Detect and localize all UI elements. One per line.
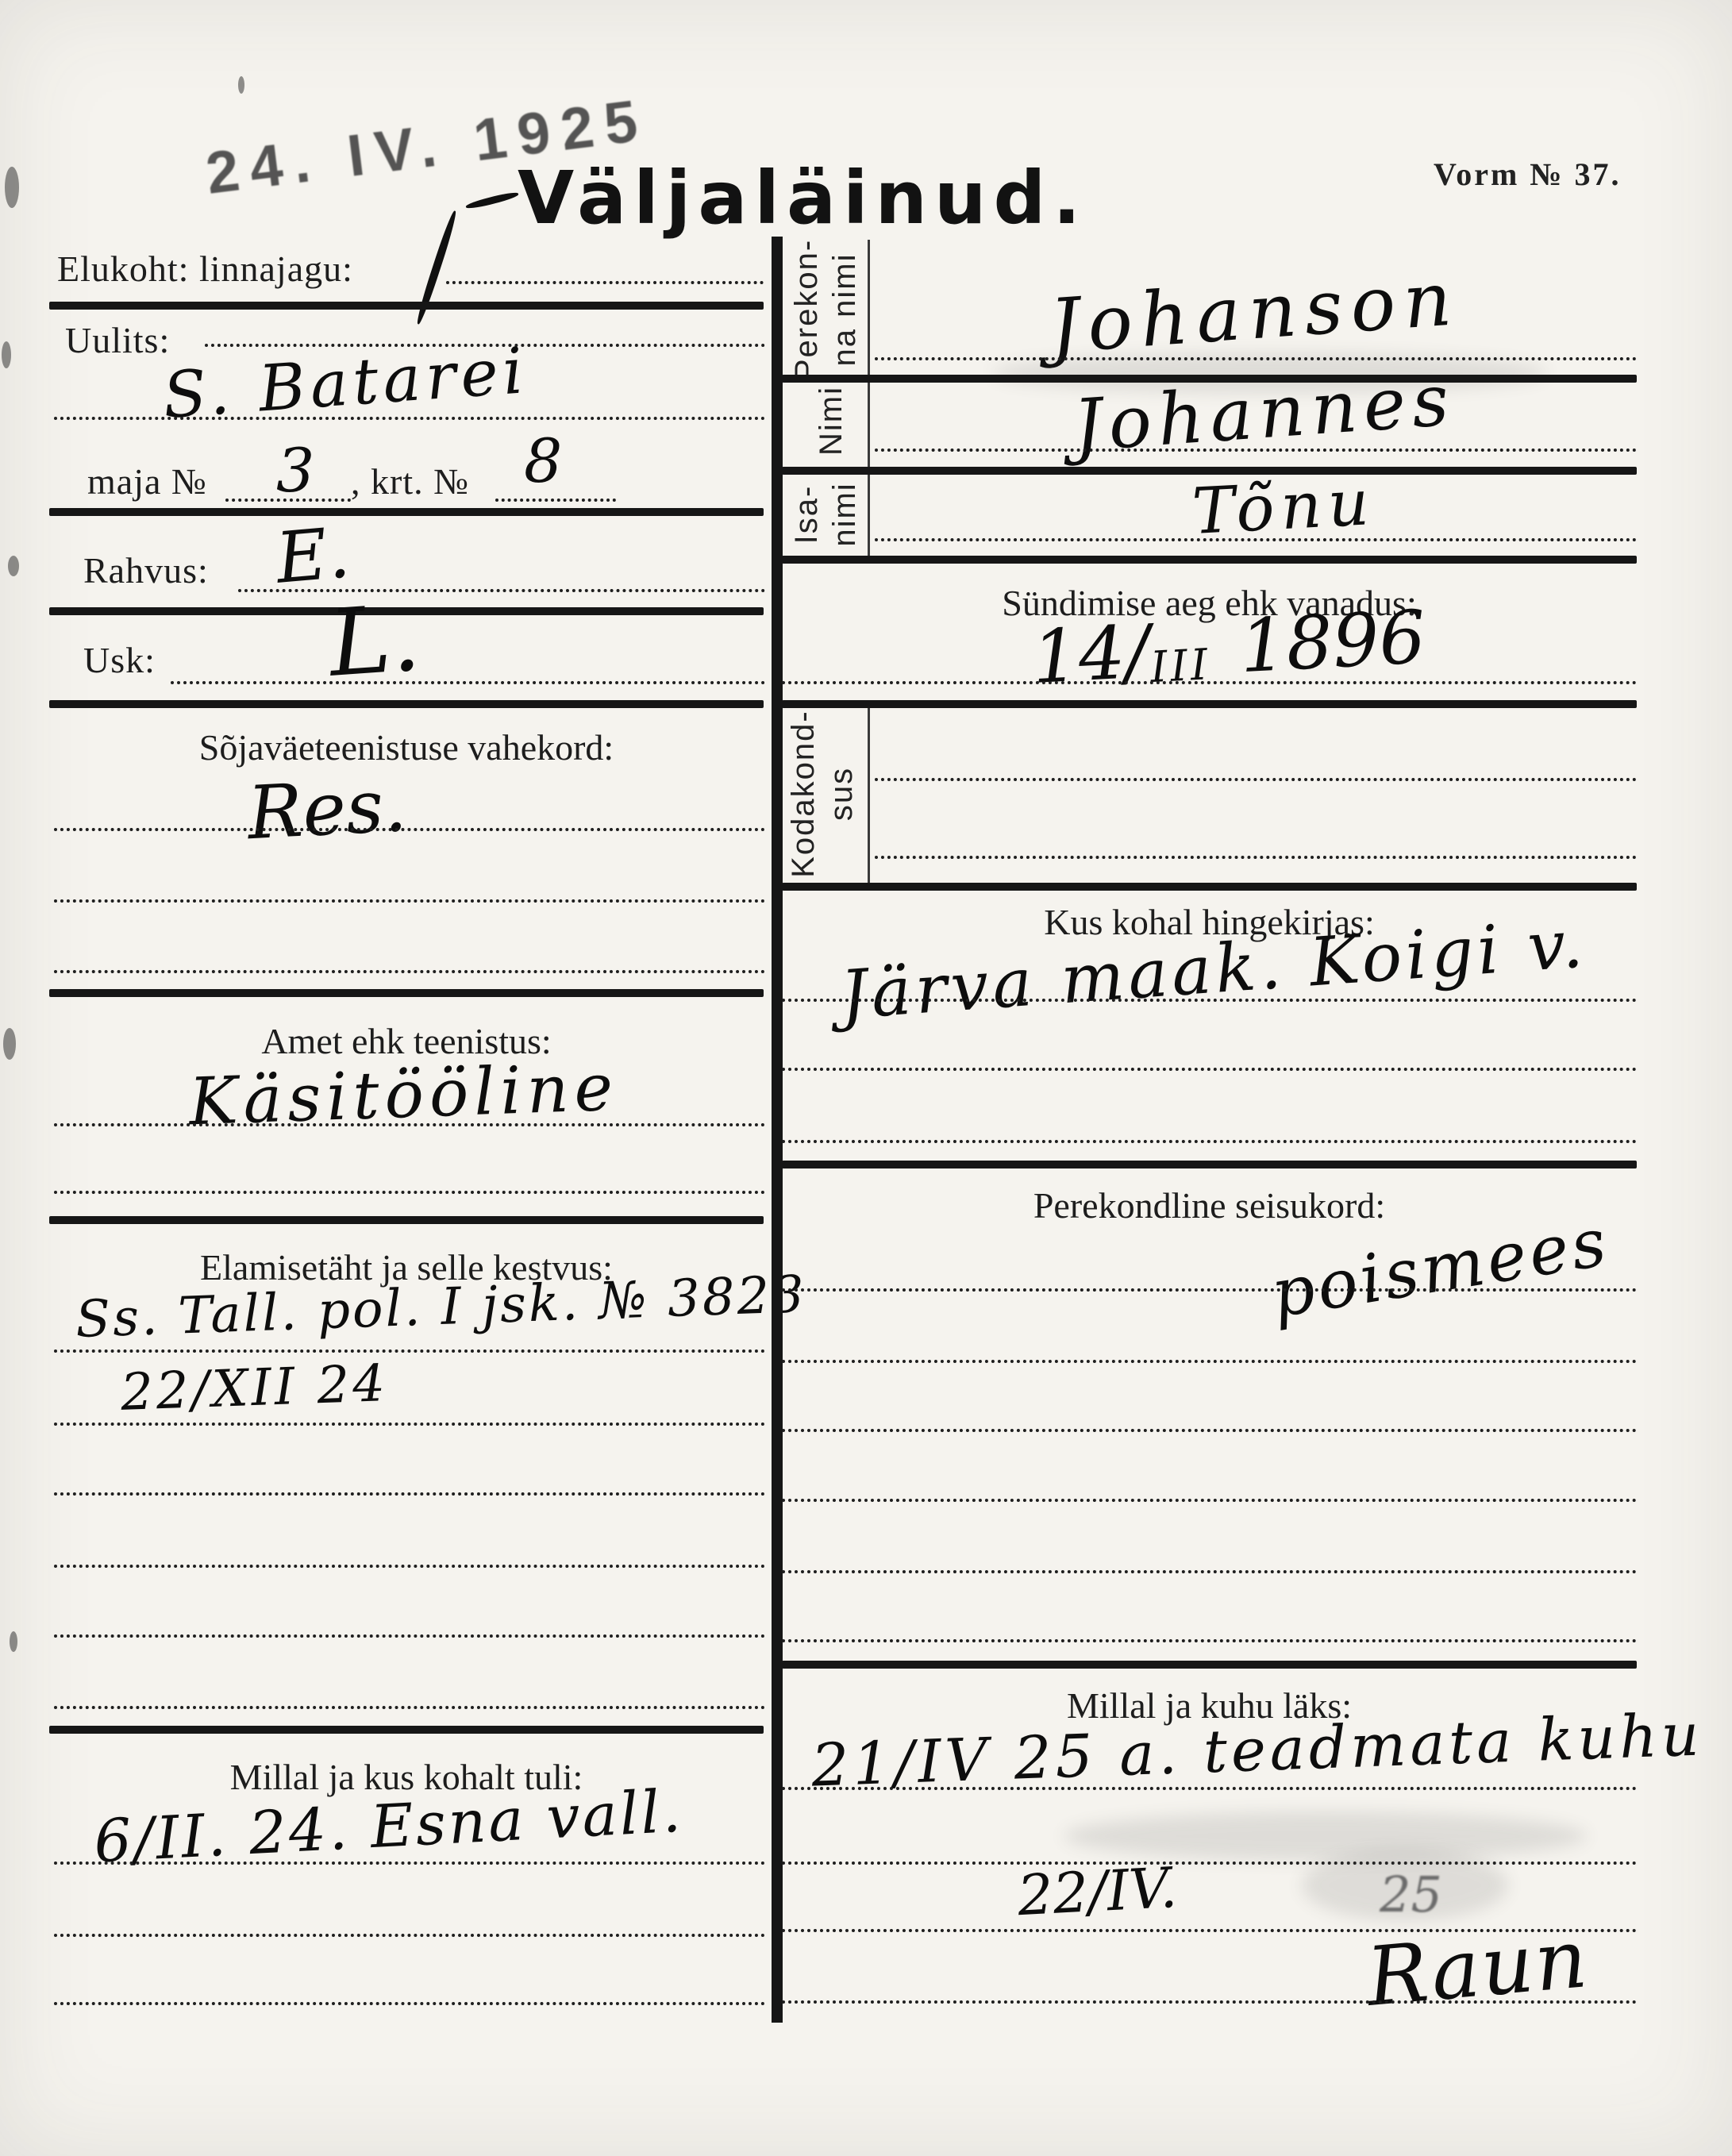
- rule: [49, 1726, 764, 1734]
- dotted-line: [54, 1191, 765, 1194]
- dotted-line: [54, 1706, 765, 1709]
- perekonnanimi-label-line2: na nimi: [827, 253, 862, 367]
- maja-value: 3: [276, 435, 314, 506]
- rahvus-label: Rahvus:: [83, 549, 209, 591]
- isanimi-value: Tõnu: [1191, 465, 1377, 549]
- handwritten-mark: [465, 191, 519, 210]
- amet-label: Amet ehk teenistus:: [49, 1020, 764, 1062]
- dotted-line: [782, 1288, 1637, 1292]
- scan-speck: [3, 1028, 16, 1060]
- scan-speck: [10, 1631, 17, 1652]
- dotted-line: [875, 449, 1637, 452]
- rule: [49, 508, 764, 516]
- dotted-line: [875, 538, 1637, 541]
- dotted-line: [875, 778, 1637, 781]
- sojavaeteenistus-value: Res.: [245, 763, 408, 856]
- dotted-line: [446, 281, 764, 284]
- dotted-line: [782, 1068, 1637, 1071]
- dotted-line: [54, 2002, 765, 2005]
- form-number: Vorm № 37.: [1434, 156, 1621, 193]
- rule: [782, 556, 1637, 564]
- rule: [49, 302, 764, 310]
- dotted-line: [54, 1634, 765, 1638]
- rahvus-value: E.: [273, 511, 353, 599]
- dotted-line: [782, 1429, 1637, 1432]
- isanimi-label-line2: nimi: [827, 482, 862, 546]
- dotted-line: [54, 417, 765, 420]
- kodakondsus-label-line2: sus: [824, 767, 859, 821]
- krt-label: , krt. №: [351, 460, 469, 502]
- elukoht-label: Elukoht: linnajagu:: [57, 248, 353, 290]
- isanimi-label-line1: Isa-: [789, 485, 824, 545]
- rule: [782, 700, 1637, 708]
- rule: [49, 700, 764, 708]
- nimi-label-text: Nimi: [814, 386, 849, 456]
- dotted-line: [782, 1861, 1637, 1865]
- dotted-line: [54, 970, 765, 973]
- label-divider: [868, 240, 870, 556]
- dotted-line: [782, 1140, 1637, 1143]
- sundimine-month: III: [1149, 639, 1212, 692]
- perekonnanimi-label-line1: Perekon-: [789, 239, 824, 380]
- scan-speck: [238, 76, 244, 94]
- dotted-line: [54, 899, 765, 903]
- maja-label: maja №: [87, 460, 207, 502]
- scan-speck: [2, 341, 11, 368]
- sundimine-day: 14/: [1030, 609, 1152, 700]
- sundimine-year: 1896: [1237, 595, 1427, 689]
- dotted-line: [54, 1349, 765, 1353]
- dotted-line: [171, 681, 765, 684]
- dotted-line: [782, 1499, 1637, 1502]
- dotted-line: [495, 499, 616, 502]
- dotted-line: [782, 999, 1637, 1002]
- dotted-line: [238, 589, 765, 592]
- dotted-line: [782, 1570, 1637, 1573]
- rule: [782, 883, 1637, 891]
- dotted-line: [54, 1492, 765, 1496]
- dotted-line: [875, 856, 1637, 859]
- dotted-line: [782, 1360, 1637, 1363]
- rule: [782, 1161, 1637, 1168]
- sojavaeteenistus-label: Sõjaväeteenistuse vahekord:: [49, 726, 764, 768]
- dotted-line: [54, 1123, 765, 1126]
- rule: [49, 989, 764, 997]
- dotted-line: [782, 1639, 1637, 1642]
- dotted-line: [54, 1934, 765, 1937]
- official-signature: Raun: [1363, 1912, 1592, 2025]
- kodakondsus-label-line1: Kodakond-: [786, 710, 821, 877]
- rule: [782, 1661, 1637, 1669]
- dotted-line: [54, 828, 765, 831]
- elamisetaht-line2: 22/XII 24: [120, 1354, 389, 1423]
- dotted-line: [782, 2000, 1637, 2004]
- erased-stamp-smudge: [1064, 1811, 1588, 1861]
- dotted-line: [782, 1787, 1637, 1790]
- dotted-line: [54, 1423, 765, 1426]
- krt-value: 8: [524, 425, 562, 496]
- registration-card: 24. IV. 1925 Väljaläinud. Vorm № 37. Elu…: [0, 0, 1732, 2156]
- laks-line2: 22/IV.: [1016, 1855, 1179, 1928]
- kodakondsus-label: Kodakond- sus: [784, 695, 860, 893]
- dotted-line: [782, 681, 1637, 684]
- column-divider: [772, 237, 783, 2023]
- dotted-line: [54, 1565, 765, 1568]
- scan-speck: [8, 556, 19, 576]
- rule: [49, 1216, 764, 1224]
- dotted-line: [54, 1861, 765, 1865]
- amet-value: Käsitööline: [188, 1050, 620, 1141]
- uulits-label: Uulits:: [65, 319, 170, 361]
- label-divider: [868, 708, 870, 884]
- dotted-line: [875, 357, 1637, 360]
- usk-label: Usk:: [83, 639, 156, 681]
- scan-speck: [5, 167, 19, 208]
- laks-line2-year: 25: [1380, 1865, 1442, 1923]
